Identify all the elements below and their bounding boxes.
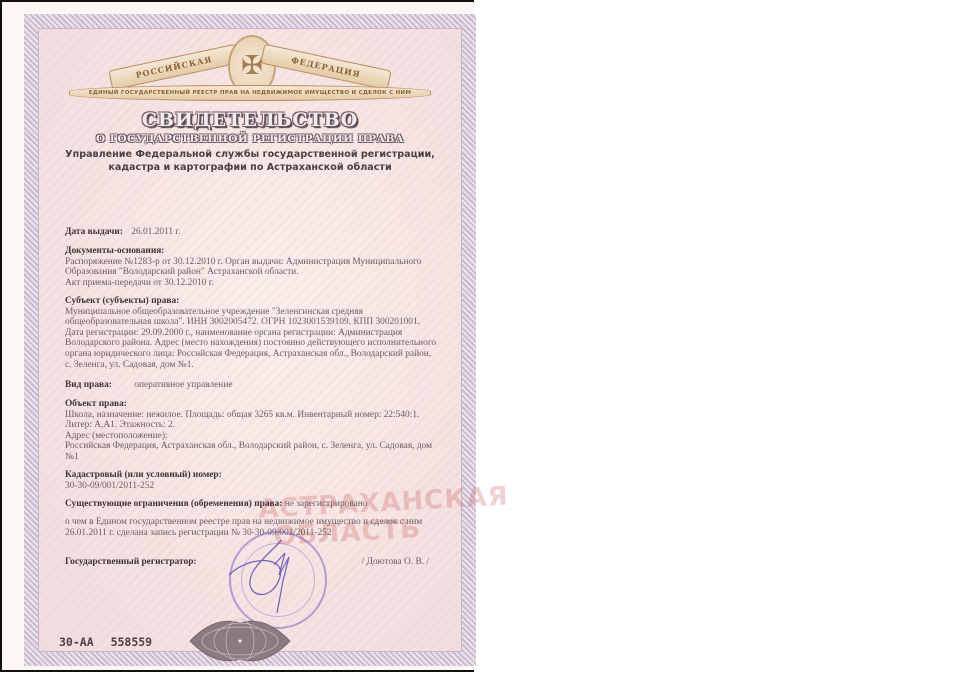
ribbon-left: РОССИЙСКАЯ [108,44,239,91]
object-line: Адрес (местоположение): [65,431,441,442]
documents-line: Акт приема-передачи от 30.12.2010 г. [65,278,441,289]
object-line: Российская Федерация, Астраханская обл.,… [65,441,441,452]
documents-line: Образования "Володарский район" Астрахан… [65,267,441,278]
certificate-subtitle: О ГОСУДАРСТВЕННОЙ РЕГИСТРАЦИИ ПРАВА [39,133,461,145]
issue-date-value: 26.01.2011 г. [131,227,180,237]
issue-date-label: Дата выдачи: [65,227,123,237]
certificate-title: СВИДЕТЕЛЬСТВО [39,109,461,131]
documents-label: Документы-основания: [65,246,441,257]
documents-line: Распоряжение №1283-р от 30.12.2010 г. Ор… [65,257,441,268]
documents-section: Документы-основания: Распоряжение №1283-… [65,246,441,288]
object-line: Литер: А,А1. Этажность: 2. [65,420,441,431]
subject-label: Субъект (субъекты) права: [65,296,441,307]
registry-note-line: о чем в Едином государственном реестре п… [65,517,441,528]
header-banner: РОССИЙСКАЯ ✠ ФЕДЕРАЦИЯ ЕДИНЫЙ ГОСУДАРСТВ… [39,33,461,111]
cadastral-label: Кадастровый (или условный) номер: [65,470,441,481]
object-line: Школа, назначение: нежилое. Площадь: общ… [65,410,441,421]
object-section: Объект права: Школа, назначение: нежилое… [65,399,441,463]
ribbon-bottom: ЕДИНЫЙ ГОСУДАРСТВЕННЫЙ РЕЕСТР ПРАВ НА НЕ… [69,85,431,101]
encumbrances-label: Существующие ограничения (обременения) п… [65,499,282,509]
security-rosette [185,613,295,669]
guilloche-border: РОССИЙСКАЯ ✠ ФЕДЕРАЦИЯ ЕДИНЫЙ ГОСУДАРСТВ… [24,14,476,666]
encumbrances-section: Существующие ограничения (обременения) п… [65,499,441,510]
right-type-section: Вид права: оперативное управление [65,380,441,391]
serial-number: 558559 [111,635,153,649]
registrar-label: Государственный регистратор: [65,557,197,567]
serial-series: 30-АА [59,635,94,649]
cadastral-section: Кадастровый (или условный) номер: 30-30-… [65,470,441,491]
certificate-paper: РОССИЙСКАЯ ✠ ФЕДЕРАЦИЯ ЕДИНЫЙ ГОСУДАРСТВ… [38,28,462,652]
certificate-serial: 30-АА 558559 [59,635,152,649]
subject-line: с. Зеленга, ул. Садовая, дом №1. [65,360,441,371]
object-line: №1 [65,452,441,463]
encumbrances-value: не зарегистрировано [285,499,368,509]
cadastral-value: 30-30-09/001/2011-252 [65,481,441,492]
right-type-label: Вид права: [65,380,112,390]
right-type-value: оперативное управление [134,380,232,390]
subject-line: Володарского района. Адрес (место нахожд… [65,338,441,349]
subject-line: органа юридического лица: Российская Фед… [65,349,441,360]
registrar-signature [219,535,309,615]
authority-line-1: Управление Федеральной службы государств… [39,148,461,161]
object-label: Объект права: [65,399,441,410]
issue-date-section: Дата выдачи: 26.01.2011 г. [65,227,441,238]
subject-line: Дата регистрации: 29.09.2000 г., наимено… [65,328,441,339]
registrar-section: Государственный регистратор: / Доютова О… [65,557,441,568]
subject-line: общеобразовательная школа". ИНН 30020054… [65,317,441,328]
registrar-name: / Доютова О. В. / [362,557,429,568]
scanned-certificate: РОССИЙСКАЯ ✠ ФЕДЕРАЦИЯ ЕДИНЫЙ ГОСУДАРСТВ… [0,0,474,672]
subject-section: Субъект (субъекты) права: Муниципальное … [65,296,441,370]
ribbon-right: ФЕДЕРАЦИЯ [260,44,391,91]
issuing-authority: Управление Федеральной службы государств… [39,148,461,174]
authority-line-2: кадастра и картографии по Астраханской о… [39,161,461,174]
subject-line: Муниципальное общеобразовательное учрежд… [65,307,441,318]
